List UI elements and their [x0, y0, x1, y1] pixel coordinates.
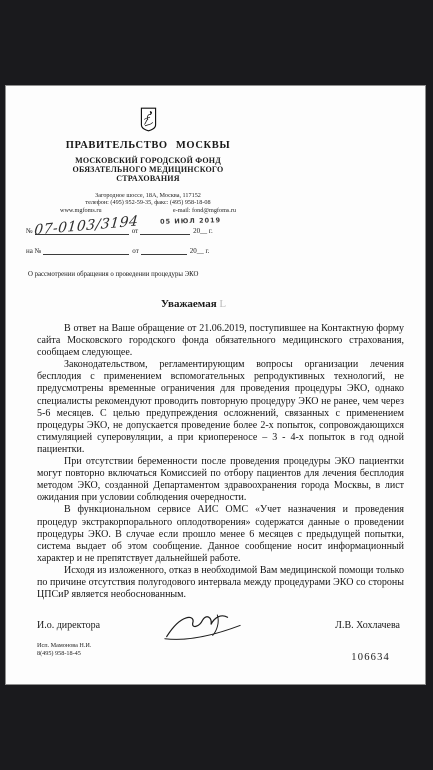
letterhead: ПРАВИТЕЛЬСТВО МОСКВЫ МОСКОВСКИЙ ГОРОДСКО…	[28, 106, 268, 214]
letterhead-website: www.mgfoms.ru	[60, 207, 102, 214]
paragraph-2: Законодательством, регламентирующим вопр…	[37, 359, 404, 456]
letterhead-organization: МОСКОВСКИЙ ГОРОДСКОЙ ФОНД ОБЯЗАТЕЛЬНОГО …	[59, 156, 237, 183]
letterhead-government: ПРАВИТЕЛЬСТВО МОСКВЫ	[28, 140, 268, 151]
letterhead-phone-fax: телефон: (495) 952-59-35, факс: (495) 95…	[28, 199, 268, 206]
signer-name: Л.В. Хохлачева	[335, 620, 400, 631]
ref-reply-date-line	[141, 246, 187, 255]
signature-row: И.о. директора Л.В. Хохлачева	[37, 610, 400, 640]
moscow-coat-of-arms-icon	[140, 106, 157, 133]
ref-date-line	[140, 226, 190, 235]
letterhead-web-row: www.mgfoms.ru e-mail: fond@mgfoms.ru	[60, 207, 236, 214]
executor-phone: 8(495) 958-18-45	[37, 650, 91, 658]
reference-block: 05 ИЮЛ 2019 07-0103/3194 №от20__ г. на №…	[26, 226, 278, 258]
letterhead-address: Загородное шоссе, 18А, Москва, 117152	[28, 192, 268, 199]
ref-reply-year-suffix: 20__ г.	[190, 247, 210, 255]
ref-number-prefix: №	[26, 227, 33, 235]
paragraph-1: В ответ на Ваше обращение от 21.06.2019,…	[37, 323, 404, 359]
document-code: 106634	[351, 652, 390, 663]
ref-reply-prefix: на №	[26, 247, 41, 255]
executor-block: Исп. Мамонова Н.И. 8(495) 958-18-45	[37, 642, 91, 657]
ref-year-suffix: 20__ г.	[193, 227, 213, 235]
signer-position: И.о. директора	[37, 620, 100, 631]
letter-body: В ответ на Ваше обращение от 21.06.2019,…	[37, 323, 404, 601]
paragraph-3: При отсутствии беременности после провед…	[37, 456, 404, 504]
executor-name: Исп. Мамонова Н.И.	[37, 642, 91, 650]
subject-line: О рассмотрении обращения о проведении пр…	[28, 271, 198, 278]
paragraph-5: Исходя из изложенного, отказ в необходим…	[37, 565, 404, 601]
signature-autograph-icon	[161, 607, 245, 643]
letterhead-contacts: Загородное шоссе, 18А, Москва, 117152 те…	[28, 192, 268, 214]
ref-reply-number-line	[43, 246, 129, 255]
document-page: ПРАВИТЕЛЬСТВО МОСКВЫ МОСКОВСКИЙ ГОРОДСКО…	[5, 85, 426, 685]
greeting-text: Уважаемая	[161, 298, 217, 310]
ref-reply-from-label: от	[132, 247, 138, 255]
greeting: Уважаемая L	[6, 298, 381, 310]
date-stamp: 05 ИЮЛ 2019	[160, 216, 221, 226]
paragraph-4: В функциональном сервисе АИС ОМС «Учет н…	[37, 504, 404, 564]
letterhead-email: e-mail: fond@mgfoms.ru	[173, 207, 236, 214]
incoming-number-row: на №от20__ г.	[26, 246, 278, 258]
greeting-redacted-name: L	[219, 298, 226, 310]
